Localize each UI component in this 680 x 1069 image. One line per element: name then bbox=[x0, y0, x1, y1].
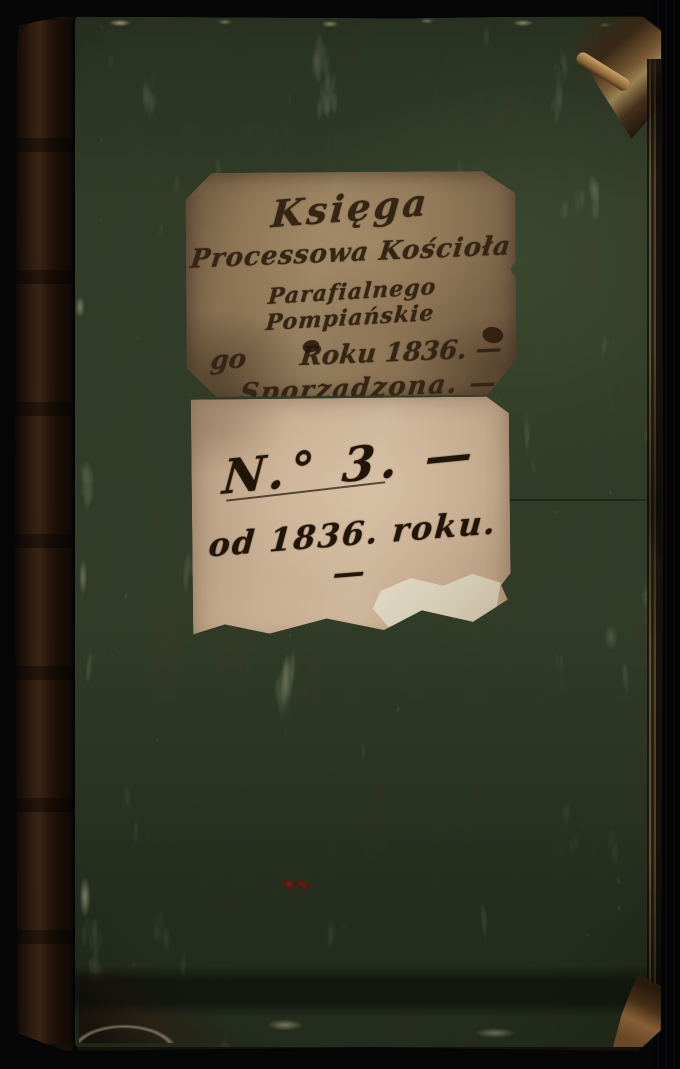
title-label: Księga Processowa Kościoła Parafialnego … bbox=[185, 171, 517, 397]
title-label-line-3: Parafialnego Pompiańskie bbox=[184, 269, 518, 341]
page-edges bbox=[647, 59, 661, 1035]
number-label-line-1: N.° 3. — bbox=[190, 422, 511, 509]
book-spine bbox=[14, 20, 76, 1044]
bottom-scuff-band bbox=[75, 965, 661, 1017]
photo-stage: Księga Processowa Kościoła Parafialnego … bbox=[0, 0, 680, 1069]
number-label: N.° 3. — od 1836. roku. — bbox=[191, 396, 512, 641]
